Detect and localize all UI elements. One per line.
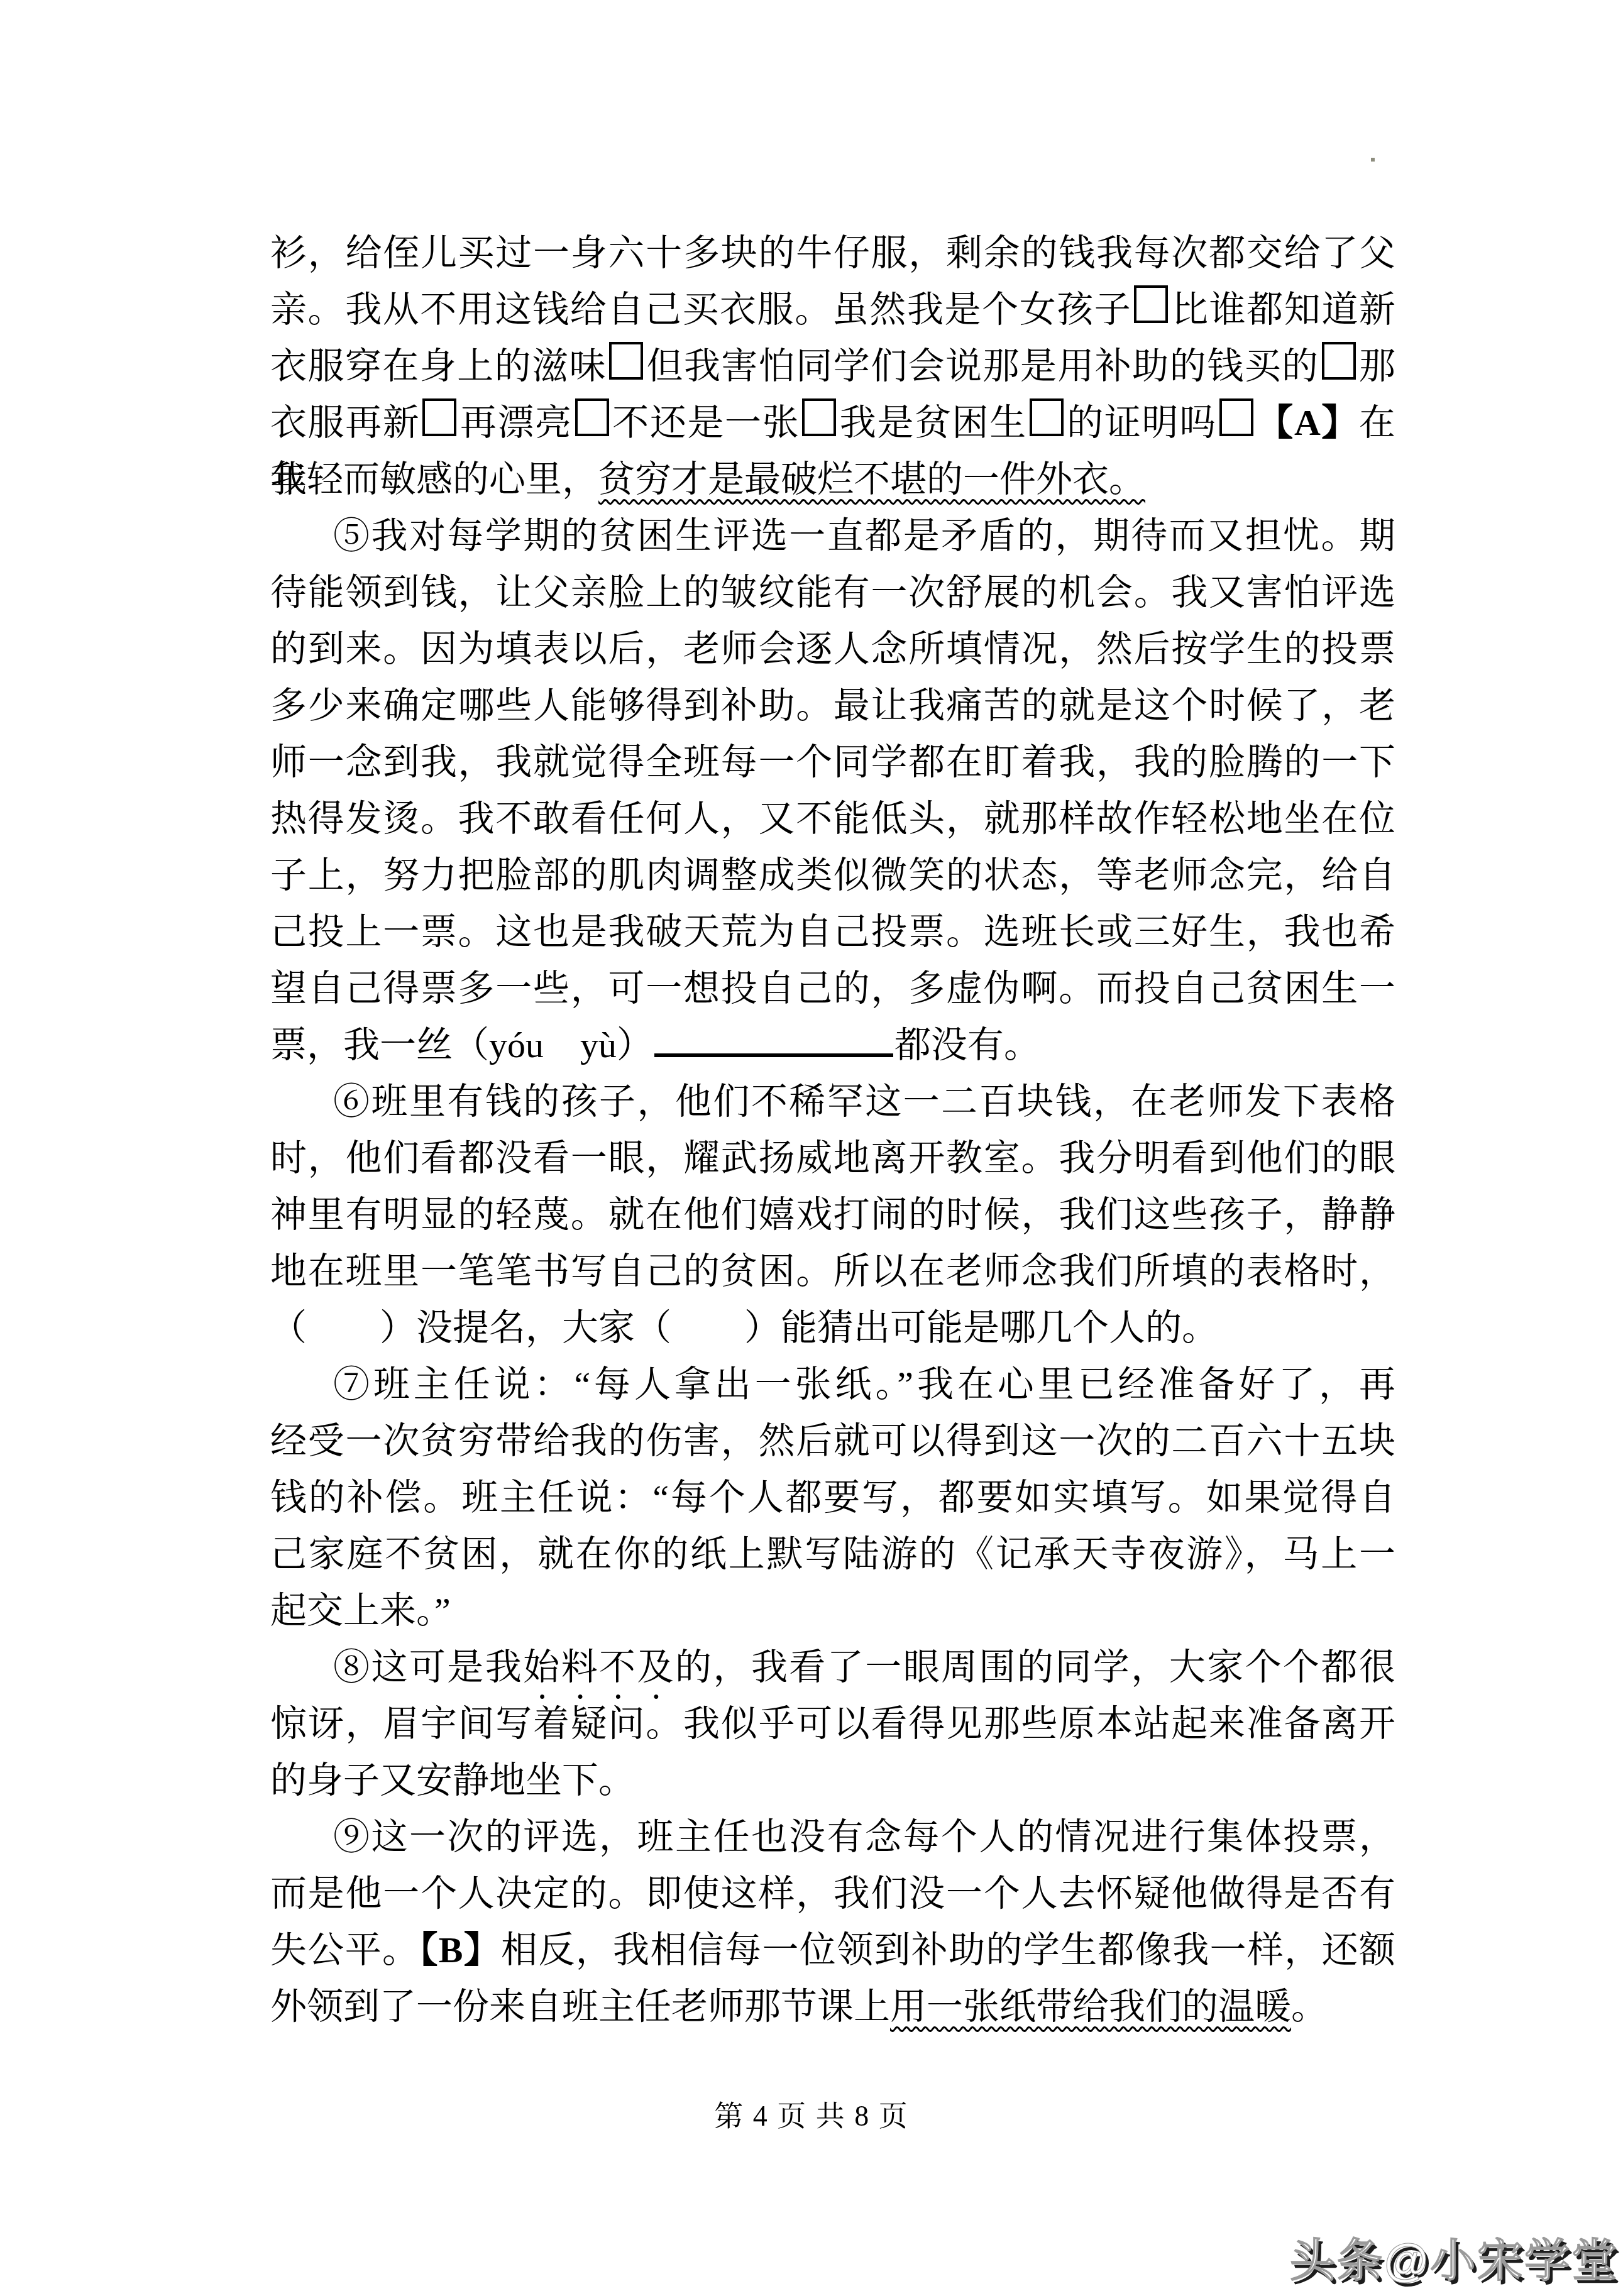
punctuation-box [422,398,456,436]
text-line: 衣服再新再漂亮不还是一张我是贫困生的证明吗【A】在我 [270,395,1395,451]
text-line: （ ）没提名，大家（ ）能猜出可能是哪几个人的。 [270,1300,1395,1356]
position-marker: 【A】 [1256,402,1359,443]
text-line: 失公平。【B】相反，我相信每一位领到补助的学生都像我一样，还额 [270,1922,1395,1979]
text-line: 衫，给侄儿买过一身六十多块的牛仔服，剩余的钱我每次都交给了父 [270,225,1395,282]
paragraph-7: ⑦班主任说：“每人拿出一张纸。”我在心里已经准备好了，再经受一次贫穷带给我的伤害… [270,1356,1395,1639]
paragraph-4-continuation: 衫，给侄儿买过一身六十多块的牛仔服，剩余的钱我每次都交给了父亲。我从不用这钱给自… [270,225,1395,508]
text-line: 待能领到钱，让父亲脸上的皱纹能有一次舒展的机会。我又害怕评选 [270,564,1395,621]
text-line: 热得发烫。我不敢看任何人，又不能低头，就那样故作轻松地坐在位 [270,791,1395,847]
text-line: 钱的补偿。班主任说：“每个人都要写，都要如实填写。如果觉得自 [270,1469,1395,1526]
text-line: 己投上一票。这也是我破天荒为自己投票。选班长或三好生，我也希 [270,904,1395,960]
text-line: 多少来确定哪些人能够得到补助。最让我痛苦的就是这个时候了，老 [270,678,1395,734]
page-footer: 第 4 页 共 8 页 [0,2093,1623,2134]
text-line: 师一念到我，我就觉得全班每一个同学都在盯着我，我的脸腾的一下 [270,734,1395,791]
text-line: 惊讶，眉宇间写着疑问。我似乎可以看得见那些原本站起来准备离开 [270,1696,1395,1752]
paragraph-6: ⑥班里有钱的孩子，他们不稀罕这一二百块钱，在老师发下表格时，他们看都没看一眼，耀… [270,1074,1395,1356]
text-line: ⑦班主任说：“每人拿出一张纸。”我在心里已经准备好了，再 [270,1356,1395,1413]
text-block: 衫，给侄儿买过一身六十多块的牛仔服，剩余的钱我每次都交给了父亲。我从不用这钱给自… [270,225,1395,2035]
punctuation-box [575,398,609,436]
text-line: 经受一次贫穷带给我的伤害，然后就可以得到这一次的二百六十五块 [270,1413,1395,1469]
punctuation-box [1134,285,1168,323]
punctuation-box [1322,342,1356,380]
text-line: 的到来。因为填表以后，老师会逐人念所填情况，然后按学生的投票 [270,621,1395,678]
paragraph-8: ⑧这可是我始料不及的，我看了一眼周围的同学，大家个个都很惊讶，眉宇间写着疑问。我… [270,1639,1395,1809]
paragraph-5: ⑤我对每学期的贫困生评选一直都是矛盾的，期待而又担忧。期待能领到钱，让父亲脸上的… [270,508,1395,1074]
scan-speck [1371,158,1375,162]
text-line: 神里有明显的轻蔑。就在他们嬉戏打闹的时候，我们这些孩子，静静 [270,1187,1395,1243]
text-line: 外领到了一份来自班主任老师那节课上用一张纸带给我们的温暖。 [270,1979,1395,2035]
page-indicator: 第 4 页 共 8 页 [714,2100,909,2132]
text-line: ⑧这可是我始料不及的，我看了一眼周围的同学，大家个个都很 [270,1639,1395,1696]
punctuation-box [1030,398,1064,436]
fill-in-blank [654,1048,893,1057]
text-line: 时，他们看都没看一眼，耀武扬威地离开教室。我分明看到他们的眼 [270,1130,1395,1187]
text-line: 望自己得票多一些，可一想投自己的，多虚伪啊。而投自己贫困生一 [270,960,1395,1017]
exam-page: 衫，给侄儿买过一身六十多块的牛仔服，剩余的钱我每次都交给了父亲。我从不用这钱给自… [0,0,1623,2296]
text-line: 亲。我从不用这钱给自己买衣服。虽然我是个女孩子比谁都知道新 [270,282,1395,338]
text-line: 票，我一丝（yóu yù）都没有。 [270,1017,1395,1074]
watermark: 头条@小宋学堂 [1290,2224,1619,2289]
text-line: 地在班里一笔笔书写自己的贫困。所以在老师念我们所填的表格时， [270,1243,1395,1300]
text-line: 衣服穿在身上的滋味但我害怕同学们会说那是用补助的钱买的那 [270,338,1395,395]
text-line: 而是他一个人决定的。即使这样，我们没一个人去怀疑他做得是否有 [270,1865,1395,1922]
punctuation-box [802,398,836,436]
text-line: ⑥班里有钱的孩子，他们不稀罕这一二百块钱，在老师发下表格 [270,1074,1395,1130]
text-line: 年轻而敏感的心里，贫穷才是最破烂不堪的一件外衣。 [270,451,1395,508]
text-line: ⑤我对每学期的贫困生评选一直都是矛盾的，期待而又担忧。期 [270,508,1395,564]
text-line: 的身子又安静地坐下。 [270,1752,1395,1809]
text-line: 己家庭不贫困，就在你的纸上默写陆游的《记承天寺夜游》，马上一 [270,1526,1395,1583]
position-marker: 【B】 [419,1930,501,1970]
punctuation-box [1219,398,1253,436]
wavy-underlined-text: 贫穷才是最破烂不堪的一件外衣。 [598,459,1145,500]
text-line: ⑨这一次的评选，班主任也没有念每个人的情况进行集体投票， [270,1809,1395,1865]
text-line: 子上，努力把脸部的肌肉调整成类似微笑的状态，等老师念完，给自 [270,847,1395,904]
text-line: 起交上来。” [270,1583,1395,1639]
paragraph-9: ⑨这一次的评选，班主任也没有念每个人的情况进行集体投票，而是他一个人决定的。即使… [270,1809,1395,2035]
wavy-underlined-text: 用一张纸带给我们的温暖 [890,1986,1291,2027]
punctuation-box [609,342,643,380]
emphasis-dotted-text: 始料不及 [523,1647,675,1688]
